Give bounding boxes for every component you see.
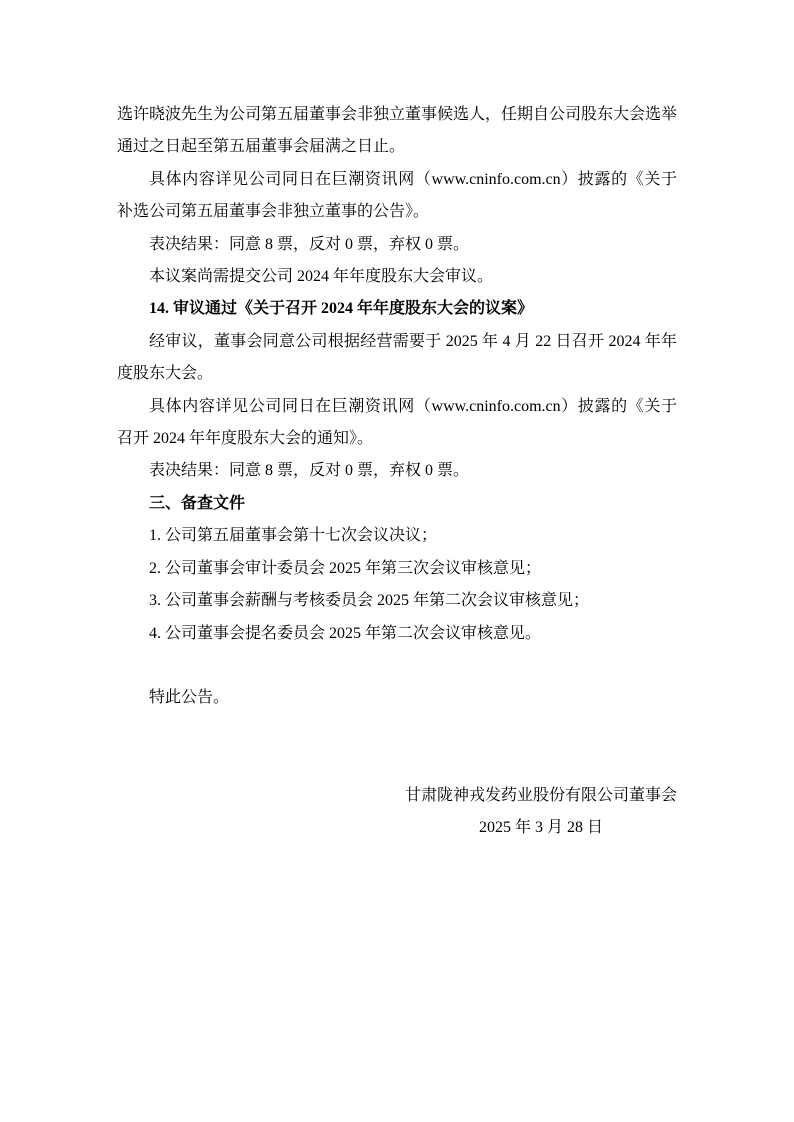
paragraph-closing-announcement: 特此公告。 [117, 682, 677, 714]
paragraph-submit-agm: 本议案尚需提交公司 2024 年年度股东大会审议。 [117, 261, 677, 293]
paragraph-disclosure-byelection: 具体内容详见公司同日在巨潮资讯网（www.cninfo.com.cn）披露的《关… [117, 164, 677, 229]
list-item-2: 2. 公司董事会审计委员会 2025 年第三次会议审核意见； [117, 553, 677, 585]
paragraph-vote-result-14: 表决结果：同意 8 票，反对 0 票，弃权 0 票。 [117, 455, 677, 487]
signature-company: 甘肃陇神戎发药业股份有限公司董事会 [405, 780, 677, 812]
paragraph-disclosure-agm-notice: 具体内容详见公司同日在巨潮资讯网（www.cninfo.com.cn）披露的《关… [117, 391, 677, 456]
list-item-3: 3. 公司董事会薪酬与考核委员会 2025 年第二次会议审核意见； [117, 585, 677, 617]
signature-block: 甘肃陇神戎发药业股份有限公司董事会 2025 年 3 月 28 日 [405, 780, 677, 845]
list-item-4: 4. 公司董事会提名委员会 2025 年第二次会议审核意见。 [117, 618, 677, 650]
heading-reference-documents: 三、备查文件 [117, 488, 677, 520]
paragraph-candidate-term: 选许晓波先生为公司第五届董事会非独立董事候选人，任期自公司股东大会选举通过之日起… [117, 99, 677, 164]
document-page: 选许晓波先生为公司第五届董事会非独立董事候选人，任期自公司股东大会选举通过之日起… [0, 0, 794, 1122]
list-item-1: 1. 公司第五届董事会第十七次会议决议； [117, 520, 677, 552]
paragraph-vote-result-13: 表决结果：同意 8 票，反对 0 票，弃权 0 票。 [117, 229, 677, 261]
heading-item-14: 14. 审议通过《关于召开 2024 年年度股东大会的议案》 [117, 293, 677, 325]
signature-date: 2025 年 3 月 28 日 [405, 812, 677, 844]
paragraph-agm-date: 经审议，董事会同意公司根据经营需要于 2025 年 4 月 22 日召开 202… [117, 326, 677, 391]
